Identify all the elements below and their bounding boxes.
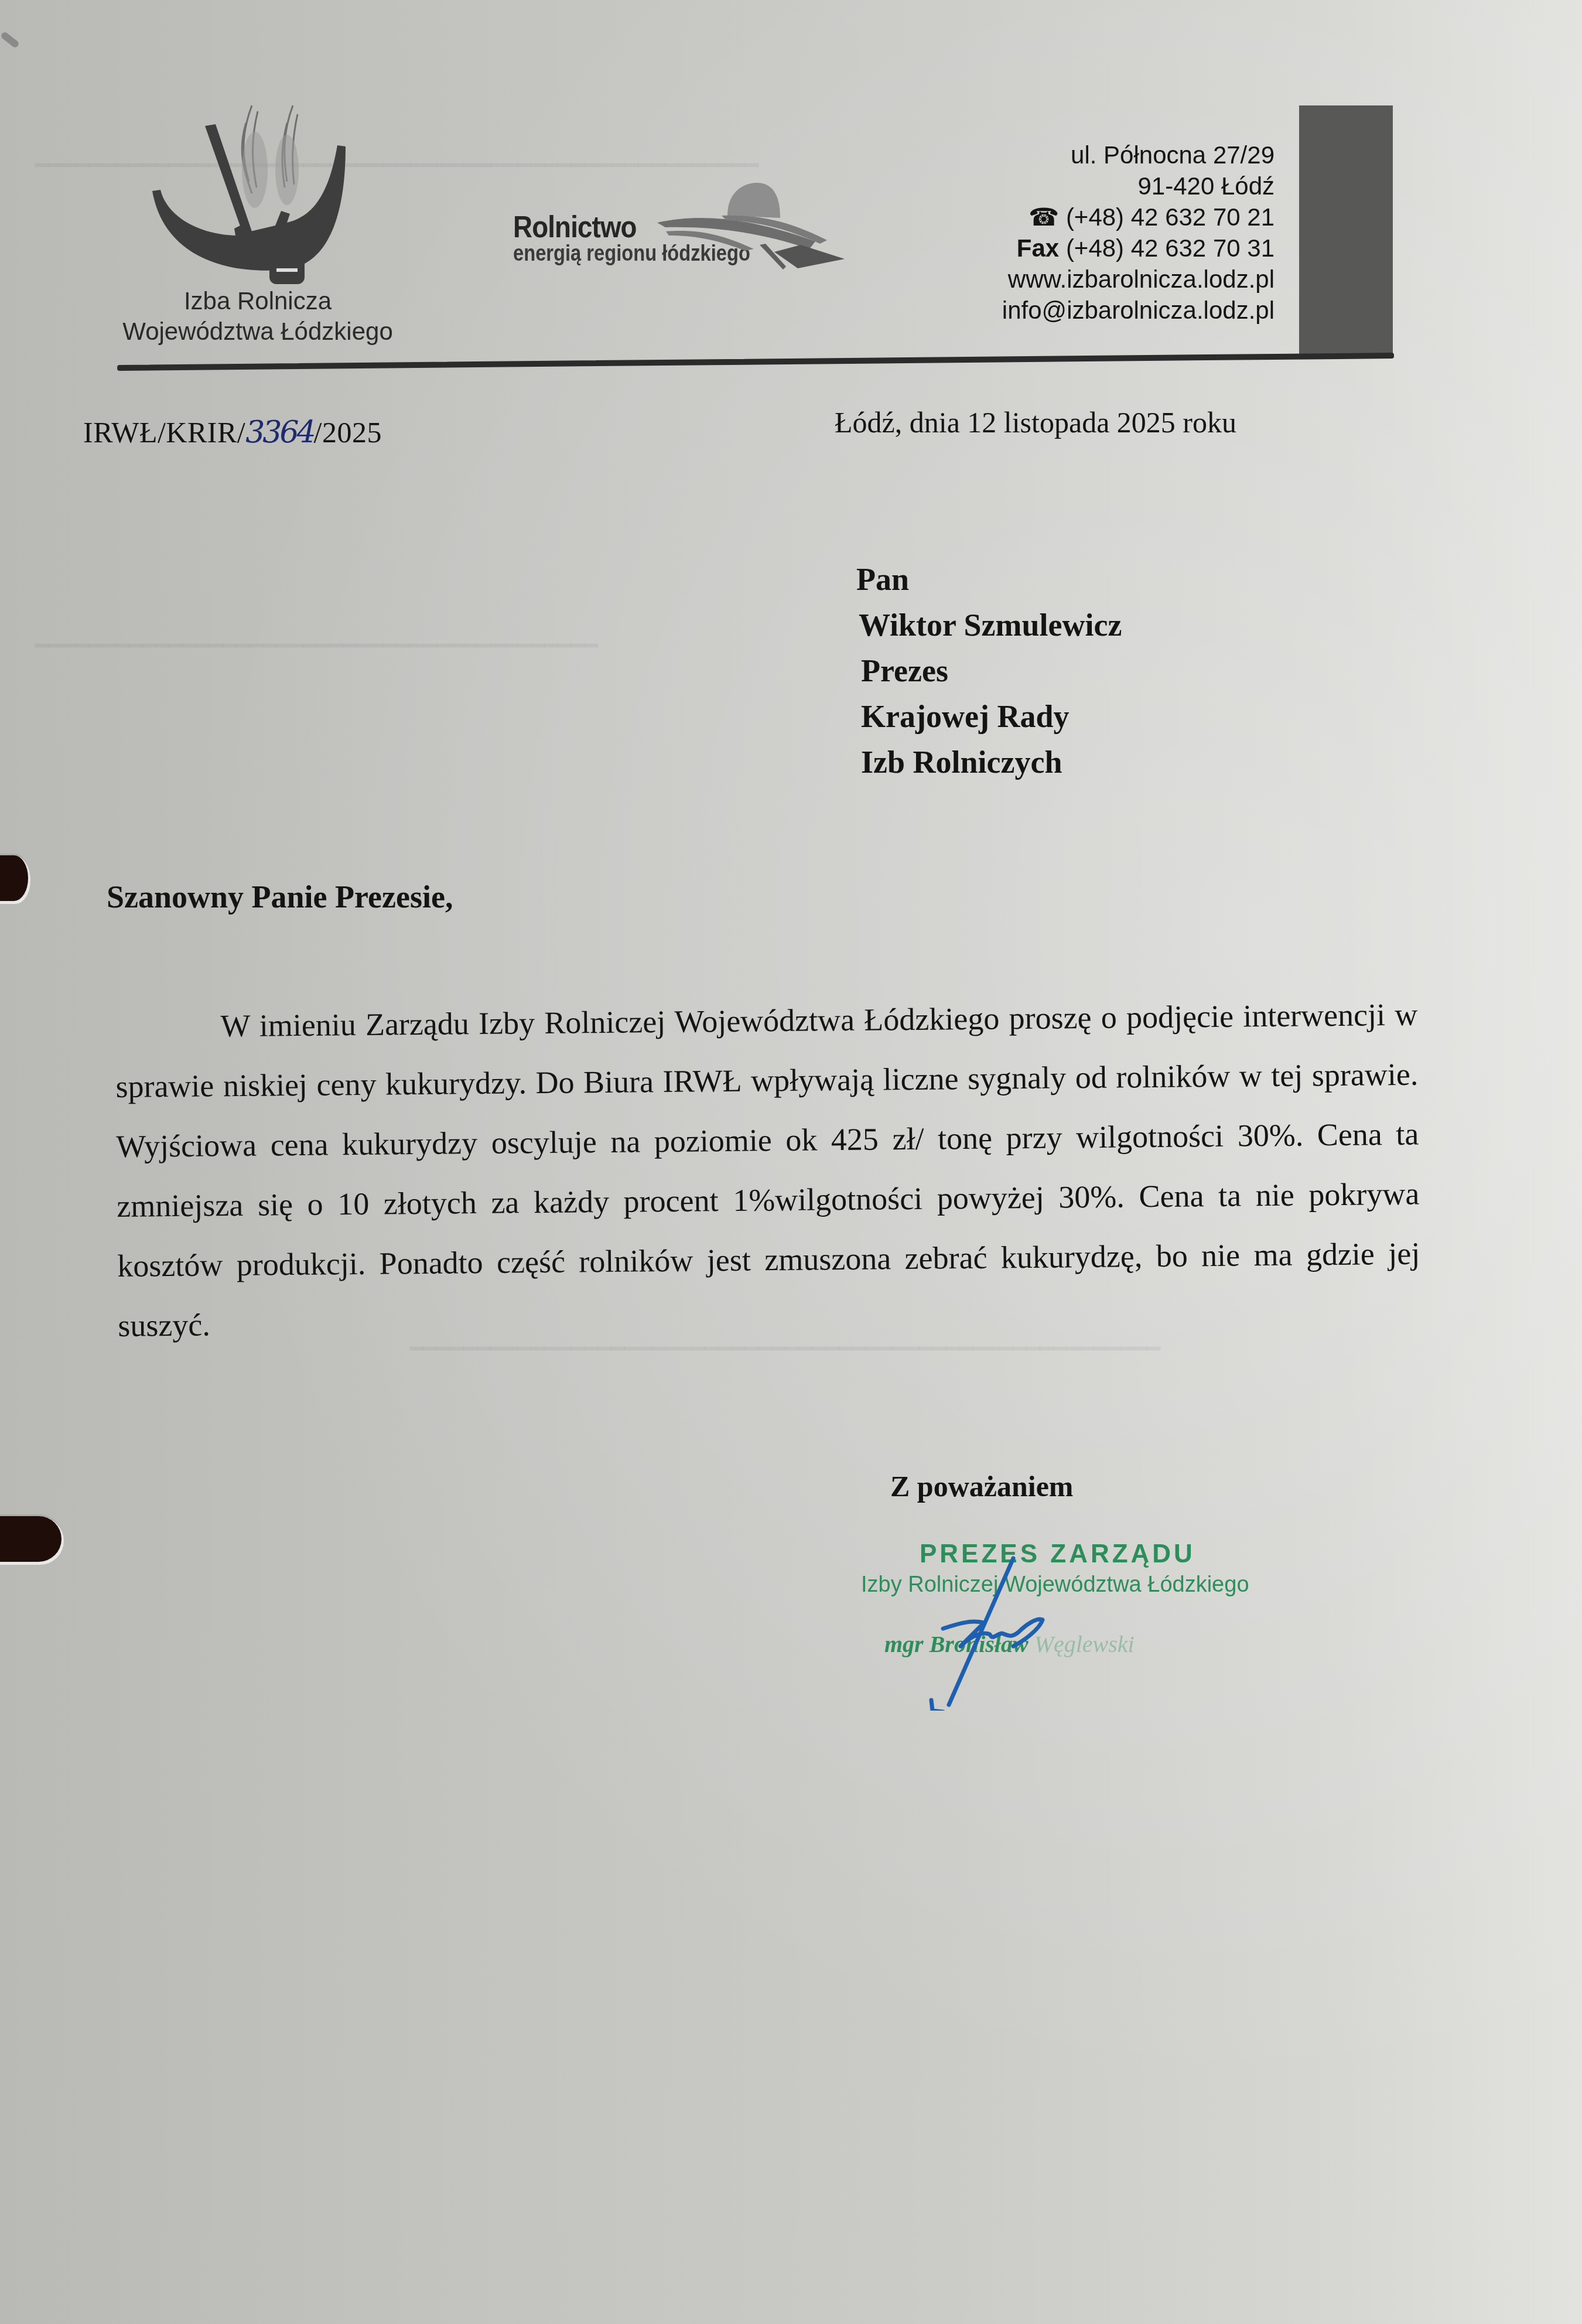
addressee-line: Krajowej Rady — [861, 694, 1122, 739]
handwritten-signature-icon — [925, 1547, 1078, 1714]
campaign-title: Rolnictwo — [513, 210, 637, 245]
addressee-line: Pan — [856, 557, 1122, 602]
phone-number: (+48) 42 632 70 21 — [1066, 203, 1275, 231]
addressee-block: Pan Wiktor Szmulewicz Prezes Krajowej Ra… — [856, 557, 1122, 785]
salutation: Szanowny Panie Prezesie, — [107, 879, 453, 915]
reference-number: IRWŁ/KRIR/3364/2025 — [83, 415, 382, 450]
fax-label: Fax — [1017, 234, 1059, 262]
header-accent-bar — [1299, 105, 1393, 354]
header-divider — [117, 353, 1394, 371]
address-city: 91-420 Łódź — [1002, 170, 1275, 202]
date-line: Łódź, dnia 12 listopada 2025 roku — [835, 405, 1236, 439]
contact-block: ul. Północna 27/29 91-420 Łódź ☎ (+48) 4… — [1002, 139, 1275, 326]
telephone-icon: ☎ — [1029, 203, 1059, 231]
punch-hole — [0, 1516, 61, 1562]
closing: Z poważaniem — [890, 1469, 1074, 1503]
org-name: Izba Rolnicza Województwa Łódzkiego — [94, 286, 422, 347]
body-paragraph: W imieniu Zarządu Izby Rolniczej Wojewód… — [115, 985, 1421, 1356]
org-logo — [141, 82, 363, 293]
punch-hole — [0, 855, 28, 901]
address-street: ul. Północna 27/29 — [1002, 139, 1275, 170]
letter-body: W imieniu Zarządu Izby Rolniczej Wojewód… — [115, 985, 1421, 1356]
addressee-line: Prezes — [861, 648, 1122, 694]
show-through-text: ━━━━━━━━━━━━━━━━━━━━━━━━━━━━━━━━━━━━━━━━… — [35, 633, 598, 659]
staple-mark — [0, 31, 20, 49]
email-link[interactable]: info@izbarolnicza.lodz.pl — [1002, 295, 1275, 326]
addressee-line: Wiktor Szmulewicz — [859, 602, 1122, 648]
sun-and-fields-icon — [657, 164, 850, 281]
website-link[interactable]: www.izbarolnicza.lodz.pl — [1002, 264, 1275, 295]
phone-line: ☎ (+48) 42 632 70 21 — [1002, 202, 1275, 233]
handwritten-number: 3364 — [245, 415, 313, 450]
scythe-and-wheat-icon — [141, 82, 363, 293]
campaign-logo: Rolnictwo energią regionu łódzkiego — [511, 164, 862, 281]
addressee-line: Izb Rolniczych — [861, 739, 1122, 785]
fax-line: Fax (+48) 42 632 70 31 — [1002, 233, 1275, 264]
fax-number: (+48) 42 632 70 31 — [1066, 234, 1275, 262]
